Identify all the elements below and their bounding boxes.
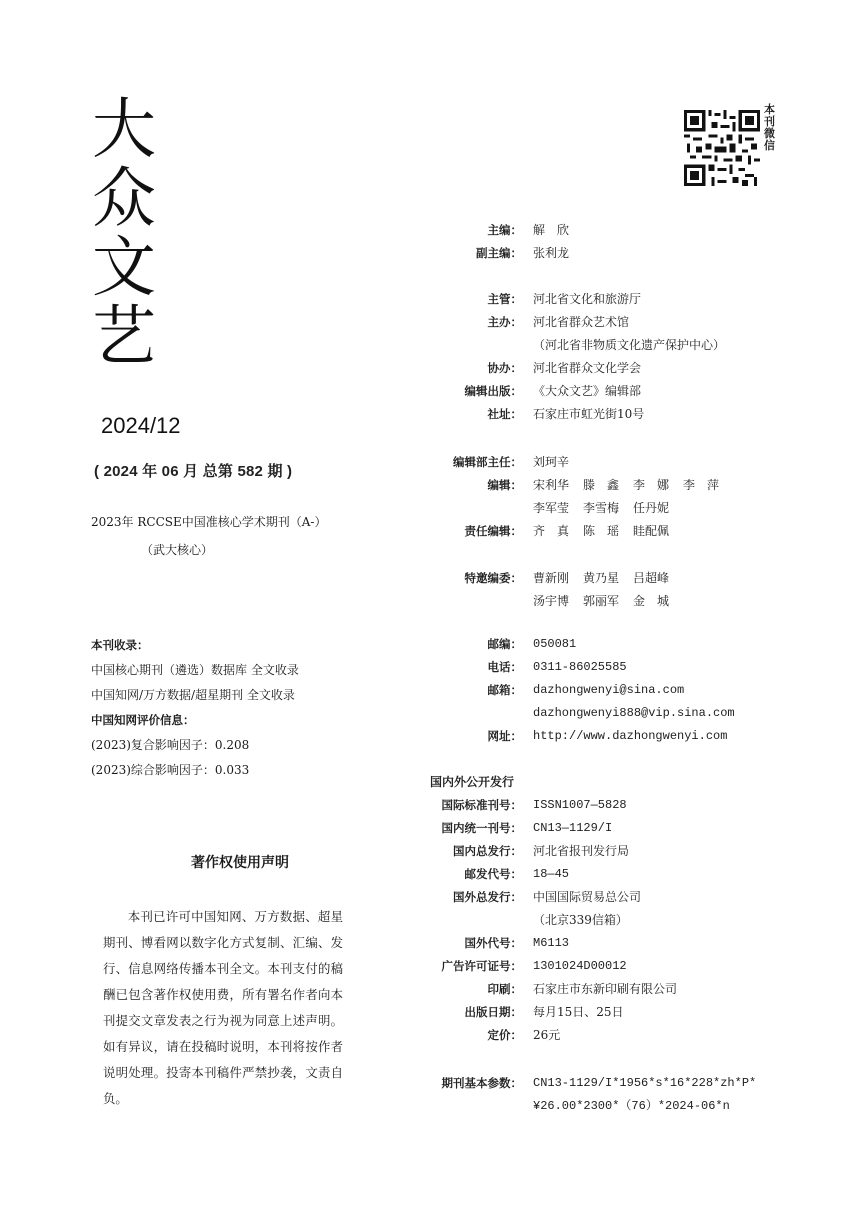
impact-factor: (2023)综合影响因子：0.033 <box>91 758 299 783</box>
info-value: 宋利华滕 鑫李 娜李 萍 <box>522 474 733 497</box>
organizations-block: 主管：河北省文化和旅游厅 主办：河北省群众艺术馆 （河北省非物质文化遗产保护中心… <box>430 288 830 426</box>
copyright-text: 本刊已许可中国知网、万方数据、超星期刊、博看网以数字化方式复制、汇编、发行、信息… <box>103 904 343 1112</box>
info-row: （河北省非物质文化遗产保护中心） <box>430 334 830 357</box>
info-value: M6113 <box>522 932 569 955</box>
info-label: 副主编： <box>430 242 522 265</box>
copyright-title: 著作权使用声明 <box>0 852 430 872</box>
info-label: 主办： <box>430 311 522 334</box>
info-row: 国内总发行：河北省报刊发行局 <box>430 840 830 863</box>
rccse-rating: 2023年 RCCSE中国准核心学术期刊（A-） （武大核心） <box>91 508 326 564</box>
info-row: 邮编：050081 <box>430 633 830 656</box>
info-row: 期刊基本参数：CN13-1129/I*1956*s*16*228*zh*P* <box>430 1072 830 1095</box>
info-label: 邮箱： <box>430 679 522 702</box>
title-char: 大 <box>88 95 160 165</box>
info-row: 责任编辑： 齐 真陈 瑶眭配佩 <box>430 520 830 543</box>
qr-code-icon[interactable] <box>684 110 760 186</box>
title-char: 文 <box>88 233 160 303</box>
info-value: 张利龙 <box>522 242 569 265</box>
info-value: （河北省非物质文化遗产保护中心） <box>522 334 725 357</box>
info-label: 社址： <box>430 403 522 426</box>
issue-detail: ( 2024 年 06 月 总第 582 期 ) <box>94 460 292 481</box>
staff-block: 编辑部主任：刘珂辛 编辑： 宋利华滕 鑫李 娜李 萍 李军莹李雪梅任丹妮 责任编… <box>430 451 830 543</box>
issue-number: 2024/12 <box>101 413 181 439</box>
info-value: CN13—1129/I <box>522 817 612 840</box>
info-label: 主编： <box>430 219 522 242</box>
info-label: 出版日期： <box>430 1001 522 1024</box>
info-row: 国外总发行：中国国际贸易总公司 <box>430 886 830 909</box>
info-label: 编辑部主任： <box>430 451 522 474</box>
info-value: 河北省群众艺术馆 <box>522 311 629 334</box>
staff-name: 汤宇博 <box>533 590 569 613</box>
info-label: 广告许可证号： <box>430 955 522 978</box>
info-label: 责任编辑： <box>430 520 522 543</box>
info-row: 广告许可证号：1301024D00012 <box>430 955 830 978</box>
contact-block: 邮编：050081 电话：0311-86025585 邮箱：dazhongwen… <box>430 633 830 748</box>
info-value: 解 欣 <box>522 219 569 242</box>
staff-name: 陈 瑶 <box>583 520 619 543</box>
info-label: 国内总发行： <box>430 840 522 863</box>
info-value: ¥26.00*2300*（76）*2024-06*n <box>522 1095 730 1118</box>
info-label: 特邀编委： <box>430 567 522 590</box>
info-value: 李军莹李雪梅任丹妮 <box>522 497 683 520</box>
copyright-statement: 本刊已许可中国知网、万方数据、超星期刊、博看网以数字化方式复制、汇编、发行、信息… <box>103 904 343 1112</box>
info-row: 邮箱：dazhongwenyi@sina.com <box>430 679 830 702</box>
info-row: ¥26.00*2300*（76）*2024-06*n <box>430 1095 830 1118</box>
info-label: 编辑出版： <box>430 380 522 403</box>
info-row: 电话：0311-86025585 <box>430 656 830 679</box>
info-label: 国外总发行： <box>430 886 522 909</box>
info-value: （北京339信箱） <box>522 909 628 932</box>
info-row: 编辑出版：《大众文艺》编辑部 <box>430 380 830 403</box>
info-row: 国内统一刊号：CN13—1129/I <box>430 817 830 840</box>
info-row: 出版日期：每月15日、25日 <box>430 1001 830 1024</box>
info-row: 主管：河北省文化和旅游厅 <box>430 288 830 311</box>
info-label: 印刷： <box>430 978 522 1001</box>
info-value: 刘珂辛 <box>522 451 569 474</box>
info-row: dazhongwenyi888@vip.sina.com <box>430 702 830 725</box>
info-value: 26元 <box>522 1024 560 1047</box>
basic-params-block: 期刊基本参数：CN13-1129/I*1956*s*16*228*zh*P* ¥… <box>430 1072 830 1118</box>
staff-name: 吕超峰 <box>633 567 669 590</box>
indexing-heading: 本刊收录： <box>91 633 299 658</box>
info-row: 协办：河北省群众文化学会 <box>430 357 830 380</box>
indexing-item: 中国知网/万方数据/超星期刊 全文收录 <box>91 683 299 708</box>
info-value: 中国国际贸易总公司 <box>522 886 641 909</box>
info-row: 李军莹李雪梅任丹妮 <box>430 497 830 520</box>
info-label: 邮发代号： <box>430 863 522 886</box>
impact-factor: (2023)复合影响因子：0.208 <box>91 733 299 758</box>
info-label: 协办： <box>430 357 522 380</box>
info-value: 河北省报刊发行局 <box>522 840 629 863</box>
staff-name: 李雪梅 <box>583 497 619 520</box>
info-row: 汤宇博郭丽军金 城 <box>430 590 830 613</box>
info-row: 国外代号：M6113 <box>430 932 830 955</box>
info-label: 国际标准刊号： <box>430 794 522 817</box>
info-label: 主管： <box>430 288 522 311</box>
info-row: 邮发代号：18—45 <box>430 863 830 886</box>
staff-name: 任丹妮 <box>633 497 669 520</box>
info-row: 印刷：石家庄市东新印刷有限公司 <box>430 978 830 1001</box>
staff-name: 金 城 <box>633 590 669 613</box>
info-value: 18—45 <box>522 863 569 886</box>
info-label: 期刊基本参数： <box>430 1072 522 1095</box>
postcode-value: 050081 <box>522 633 576 656</box>
staff-name: 李 娜 <box>633 474 669 497</box>
info-value: 河北省文化和旅游厅 <box>522 288 641 311</box>
info-value: CN13-1129/I*1956*s*16*228*zh*P* <box>522 1072 756 1095</box>
info-value: 石家庄市东新印刷有限公司 <box>522 978 677 1001</box>
staff-name: 李 萍 <box>683 474 719 497</box>
info-value: 每月15日、25日 <box>522 1001 624 1024</box>
info-value: 1301024D00012 <box>522 955 627 978</box>
info-row: 定价：26元 <box>430 1024 830 1047</box>
editors-block: 主编：解 欣 副主编：张利龙 <box>430 219 830 265</box>
staff-name: 黄乃星 <box>583 567 619 590</box>
rccse-line: （武大核心） <box>91 536 326 564</box>
email-link[interactable]: dazhongwenyi@sina.com <box>522 679 684 702</box>
phone-value: 0311-86025585 <box>522 656 627 679</box>
info-label: 编辑： <box>430 474 522 497</box>
info-label <box>430 334 522 357</box>
title-char: 艺 <box>88 302 160 372</box>
info-row: 主办：河北省群众艺术馆 <box>430 311 830 334</box>
indexing-item: 中国核心期刊（遴选）数据库 全文收录 <box>91 658 299 683</box>
info-row: 特邀编委： 曹新刚黄乃星吕超峰 <box>430 567 830 590</box>
info-label: 国内统一刊号： <box>430 817 522 840</box>
info-row: 副主编：张利龙 <box>430 242 830 265</box>
info-row: 编辑部主任：刘珂辛 <box>430 451 830 474</box>
indexing-info: 本刊收录： 中国核心期刊（遴选）数据库 全文收录 中国知网/万方数据/超星期刊 … <box>91 633 299 783</box>
info-label: 邮编： <box>430 633 522 656</box>
distribution-block: 国内外公开发行 国际标准刊号：ISSN1007—5828 国内统一刊号：CN13… <box>430 771 830 1047</box>
staff-name: 宋利华 <box>533 474 569 497</box>
magazine-title: 大 众 文 艺 <box>88 96 160 372</box>
info-row: 社址：石家庄市虹光街10号 <box>430 403 830 426</box>
staff-name: 滕 鑫 <box>583 474 619 497</box>
staff-name: 眭配佩 <box>633 520 669 543</box>
info-value: 齐 真陈 瑶眭配佩 <box>522 520 683 543</box>
invited-board-block: 特邀编委： 曹新刚黄乃星吕超峰 汤宇博郭丽军金 城 <box>430 567 830 613</box>
email-link[interactable]: dazhongwenyi888@vip.sina.com <box>522 702 735 725</box>
qr-caption: 本刊微信 <box>764 104 778 152</box>
info-label: 国外代号： <box>430 932 522 955</box>
distribution-heading: 国内外公开发行 <box>430 771 830 794</box>
info-label <box>430 909 522 932</box>
rccse-line: 2023年 RCCSE中国准核心学术期刊（A-） <box>91 508 326 536</box>
staff-name: 齐 真 <box>533 520 569 543</box>
staff-name: 李军莹 <box>533 497 569 520</box>
info-row: 编辑： 宋利华滕 鑫李 娜李 萍 <box>430 474 830 497</box>
info-value: 《大众文艺》编辑部 <box>522 380 641 403</box>
info-value: 曹新刚黄乃星吕超峰 <box>522 567 683 590</box>
staff-name: 郭丽军 <box>583 590 619 613</box>
info-label <box>430 702 522 725</box>
title-char: 众 <box>88 164 160 234</box>
info-value: ISSN1007—5828 <box>522 794 627 817</box>
info-row: （北京339信箱） <box>430 909 830 932</box>
info-value: 石家庄市虹光街10号 <box>522 403 644 426</box>
info-row: 主编：解 欣 <box>430 219 830 242</box>
info-value: 河北省群众文化学会 <box>522 357 641 380</box>
info-label: 定价： <box>430 1024 522 1047</box>
info-label: 电话： <box>430 656 522 679</box>
info-row: 网址：http://www.dazhongwenyi.com <box>430 725 830 748</box>
staff-name: 曹新刚 <box>533 567 569 590</box>
info-value: 汤宇博郭丽军金 城 <box>522 590 683 613</box>
info-label: 网址： <box>430 725 522 748</box>
website-link[interactable]: http://www.dazhongwenyi.com <box>522 725 727 748</box>
cnki-heading: 中国知网评价信息： <box>91 708 299 733</box>
info-row: 国际标准刊号：ISSN1007—5828 <box>430 794 830 817</box>
